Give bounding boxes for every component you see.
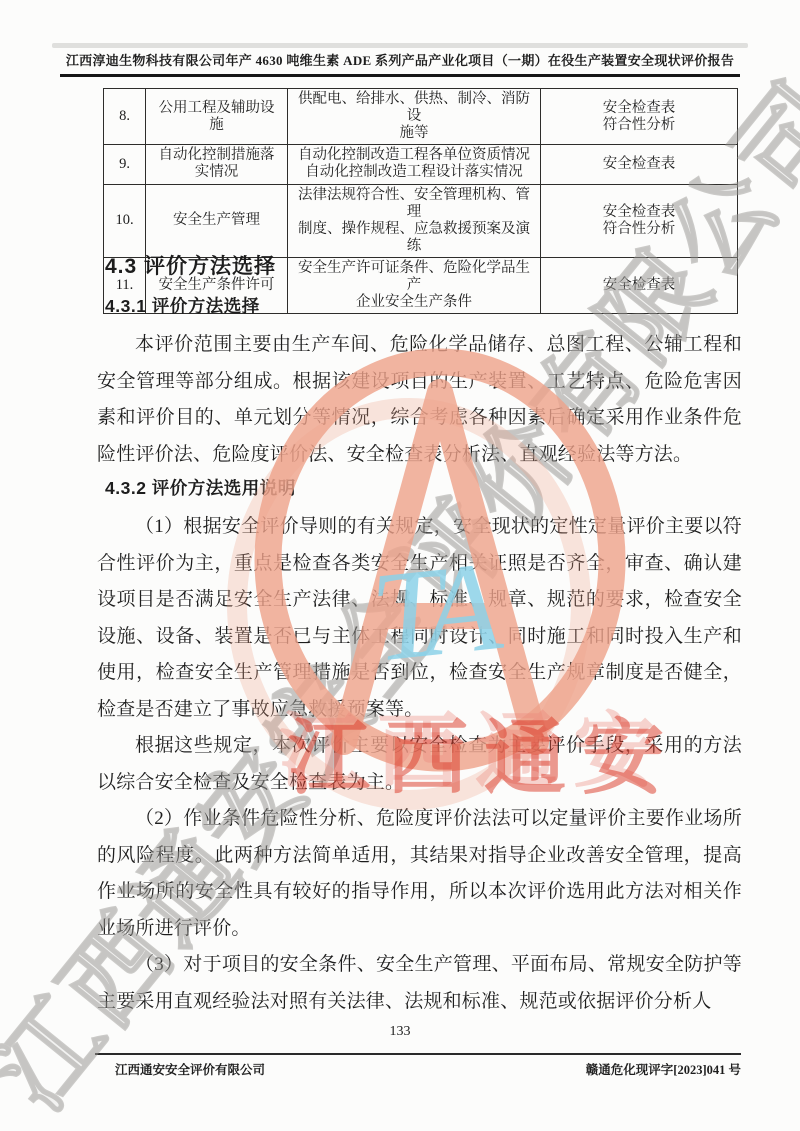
table-row: 8. 公用工程及辅助设 施 供配电、给排水、供热、制冷、消防设 施等 安全检查表… (104, 89, 738, 145)
report-page: 江西淳迪生物科技有限公司年产 4630 吨维生素 ADE 系列产品产业化项目（一… (0, 0, 800, 1131)
page-header-title: 江西淳迪生物科技有限公司年产 4630 吨维生素 ADE 系列产品产业化项目（一… (60, 50, 740, 77)
section-heading-4-3-2: 4.3.2 评价方法选用说明 (105, 475, 742, 500)
paragraph-method-3: （3）对于项目的安全条件、安全生产管理、平面布局、常规安全防护等主要采用直观经验… (97, 947, 742, 1020)
table-row: 9. 自动化控制措施落 实情况 自动化控制改造工程各单位资质情况 自动化控制改造… (104, 145, 738, 184)
paragraph-scope: 本评价范围主要由生产车间、危险化学品储存、总图工程、公辅工程和安全管理等部分组成… (97, 327, 742, 473)
unit-name: 安全生产管理 (146, 184, 288, 257)
page-number: 133 (0, 1024, 800, 1040)
page-footer: 江西通安安全评价有限公司 赣通危化现评字[2023]041 号 (95, 1053, 741, 1078)
evaluation-method: 安全检查表 (541, 145, 738, 184)
row-number: 10. (104, 184, 146, 257)
unit-content: 自动化控制改造工程各单位资质情况 自动化控制改造工程设计落实情况 (288, 145, 541, 184)
document-body: 4.3 评价方法选择 4.3.1 评价方法选择 本评价范围主要由生产车间、危险化… (97, 250, 742, 1020)
unit-content: 供配电、给排水、供热、制冷、消防设 施等 (288, 89, 541, 145)
unit-name: 公用工程及辅助设 施 (146, 89, 288, 145)
unit-content: 法律法规符合性、安全管理机构、管理 制度、操作规程、应急救援预案及演练 (288, 184, 541, 257)
table-row: 10. 安全生产管理 法律法规符合性、安全管理机构、管理 制度、操作规程、应急救… (104, 184, 738, 257)
scan-artifact-band (52, 43, 748, 48)
paragraph-method-summary: 根据这些规定，本次评价主要以安全检查为主要评价手段，采用的方法以综合安全检查及安… (97, 728, 742, 801)
evaluation-method: 安全检查表 符合性分析 (541, 89, 738, 145)
paragraph-method-2: （2）作业条件危险性分析、危险度评价法法可以定量评价主要作业场所的风险程度。此两… (97, 801, 742, 947)
section-heading-4-3-1: 4.3.1 评价方法选择 (105, 293, 742, 318)
evaluation-method: 安全检查表 符合性分析 (541, 184, 738, 257)
section-heading-4-3: 4.3 评价方法选择 (105, 250, 742, 280)
row-number: 8. (104, 89, 146, 145)
footer-doc-number: 赣通危化现评字[2023]041 号 (586, 1060, 741, 1078)
row-number: 9. (104, 145, 146, 184)
paragraph-method-1: （1）根据安全评价导则的有关规定，安全现状的定性定量评价主要以符合性评价为主，重… (97, 509, 742, 728)
footer-company: 江西通安安全评价有限公司 (95, 1060, 265, 1078)
unit-name: 自动化控制措施落 实情况 (146, 145, 288, 184)
